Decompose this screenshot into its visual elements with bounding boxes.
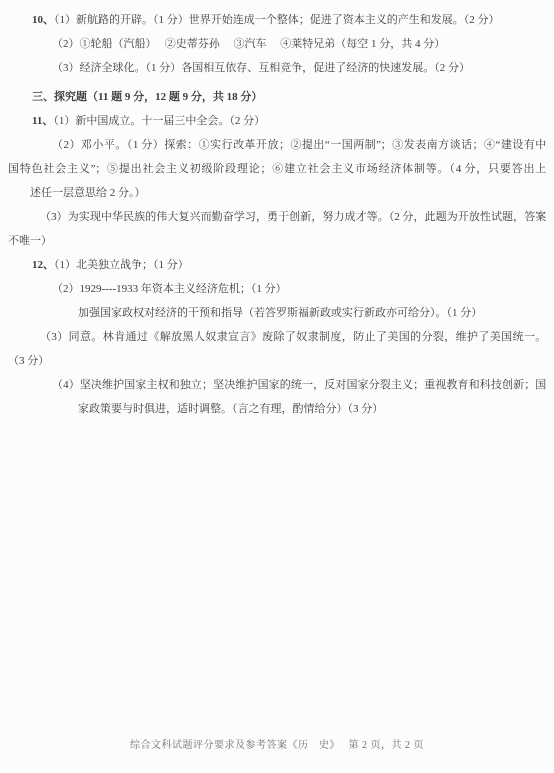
line-text: （1）新中国成立。十一届三中全会。（2 分）	[53, 115, 265, 127]
line-text: （1）北美独立战争；（1 分）	[54, 259, 189, 271]
text-line: 家政策要与时俱进，适时调整。（言之有理，酌情给分）（3 分）	[0, 397, 554, 421]
line-text: 加强国家政权对经济的干预和指导（若答罗斯福新政或实行新政亦可给分）。（1 分）	[78, 307, 482, 319]
line-text: 述任一层意思给 2 分。）	[30, 187, 146, 199]
line-text: 三、探究题（11 题 9 分，12 题 9 分，共 18 分）	[32, 91, 262, 103]
line-text: （3）同意。林肯通过《解放黑人奴隶宣言》废除了奴隶制度，防止了美国的分裂，维护了…	[40, 331, 546, 343]
text-line: 加强国家政权对经济的干预和指导（若答罗斯福新政或实行新政亦可给分）。（1 分）	[0, 301, 554, 325]
line-text: （3）经济全球化。（1 分）各国相互依存、互相竞争，促进了经济的快速发展。（2 …	[52, 62, 470, 74]
line-text: （1）新航路的开辟。（1 分）世界开始连成一个整体；促进了资本主义的产生和发展。…	[54, 14, 500, 26]
line-text: （4）坚决维护国家主权和独立；坚决维护国家的统一，反对国家分裂主义；重视教育和科…	[52, 379, 546, 391]
line-text: （3）为实现中华民族的伟大复兴而勤奋学习，勇于创新，努力成才等。（2 分，此题为…	[40, 211, 546, 223]
text-line: 述任一层意思给 2 分。）	[0, 181, 554, 205]
question-number: 12、	[32, 259, 54, 271]
text-line: （3）为实现中华民族的伟大复兴而勤奋学习，勇于创新，努力成才等。（2 分，此题为…	[0, 205, 554, 229]
text-line: （2）1929----1933 年资本主义经济危机；（1 分）	[0, 277, 554, 301]
line-text: （2）邓小平。（1 分）探索：①实行改革开放；②提出“一国两制”；③发表南方谈话…	[52, 139, 546, 151]
text-line: （4）坚决维护国家主权和独立；坚决维护国家的统一，反对国家分裂主义；重视教育和科…	[0, 373, 554, 397]
line-text: 家政策要与时俱进，适时调整。（言之有理，酌情给分）（3 分）	[78, 403, 383, 415]
question-number: 11、	[32, 115, 53, 127]
text-line: 10、（1）新航路的开辟。（1 分）世界开始连成一个整体；促进了资本主义的产生和…	[0, 8, 554, 32]
line-text: 国特色社会主义”；⑤提出社会主义初级阶段理论；⑥建立社会主义市场经济体制等。（4…	[8, 163, 546, 175]
document-page: 10、（1）新航路的开辟。（1 分）世界开始连成一个整体；促进了资本主义的产生和…	[0, 0, 554, 773]
question-number: 10、	[32, 14, 54, 26]
line-text: （2）1929----1933 年资本主义经济危机；（1 分）	[52, 283, 287, 295]
text-line: 国特色社会主义”；⑤提出社会主义初级阶段理论；⑥建立社会主义市场经济体制等。（4…	[0, 157, 554, 181]
answer-lines: 10、（1）新航路的开辟。（1 分）世界开始连成一个整体；促进了资本主义的产生和…	[0, 8, 554, 421]
text-line: （2）邓小平。（1 分）探索：①实行改革开放；②提出“一国两制”；③发表南方谈话…	[0, 133, 554, 157]
text-line: 12、（1）北美独立战争；（1 分）	[0, 253, 554, 277]
page-footer: 综合文科试题评分要求及参考答案《历 史》 第 2 页，共 2 页	[0, 736, 554, 751]
text-line: （3 分）	[0, 349, 554, 373]
line-text: 不唯一）	[8, 235, 52, 247]
text-line: 11、（1）新中国成立。十一届三中全会。（2 分）	[0, 109, 554, 133]
text-line: 三、探究题（11 题 9 分，12 题 9 分，共 18 分）	[0, 85, 554, 109]
text-line: （3）同意。林肯通过《解放黑人奴隶宣言》废除了奴隶制度，防止了美国的分裂，维护了…	[0, 325, 554, 349]
text-line: （3）经济全球化。（1 分）各国相互依存、互相竞争，促进了经济的快速发展。（2 …	[0, 56, 554, 80]
line-text: （2）①轮船（汽船） ②史蒂芬孙 ③汽车 ④莱特兄弟（每空 1 分，共 4 分）	[52, 38, 445, 50]
text-line: 不唯一）	[0, 229, 554, 253]
text-line: （2）①轮船（汽船） ②史蒂芬孙 ③汽车 ④莱特兄弟（每空 1 分，共 4 分）	[0, 32, 554, 56]
line-text: （3 分）	[8, 355, 49, 367]
